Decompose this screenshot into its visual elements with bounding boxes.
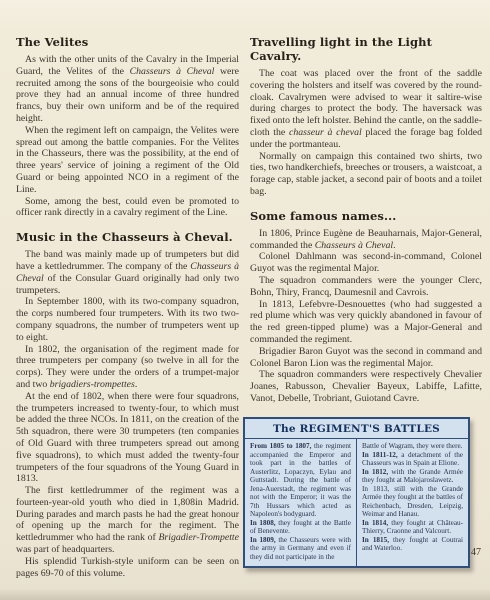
battles-box-title: The REGIMENT'S BATTLES	[245, 419, 468, 439]
paragraph: At the end of 1802, when there were four…	[16, 391, 239, 485]
paragraph: The first kettledrummer of the regiment …	[16, 485, 239, 556]
paragraph: In 1813, Lefebvre-Desnouettes (who had s…	[250, 299, 482, 346]
paragraph: Normally on campaign this contained two …	[250, 151, 482, 198]
paragraph: His splendid Turkish-style uniform can b…	[16, 556, 239, 580]
paragraph: Brigadier Baron Guyot was the second in …	[250, 346, 482, 370]
paragraph: Colonel Dahlmann was second-in-command, …	[250, 251, 482, 275]
paragraph: Some, among the best, could even be prom…	[16, 196, 239, 220]
section-heading-famous-names: Some famous names...	[250, 209, 482, 223]
paragraph: The squadron commanders were respectivel…	[250, 369, 482, 404]
battles-entry: In 1815, they fought at Coutrai and Wate…	[362, 536, 463, 553]
page-number: 47	[471, 547, 481, 558]
left-column: The Velites As with the other units of t…	[16, 30, 239, 579]
section-heading-velites: The Velites	[16, 35, 239, 49]
regiments-battles-box: The REGIMENT'S BATTLES From 1805 to 1807…	[243, 417, 470, 568]
battles-entry: Battle of Wagram, they were there.	[362, 442, 463, 451]
battles-entry: In 1809, the Chasseurs were with the arm…	[250, 536, 351, 562]
book-page: The Velites As with the other units of t…	[0, 0, 490, 600]
paragraph: The coat was placed over the front of th…	[250, 68, 482, 151]
paragraph: In September 1800, with its two-company …	[16, 296, 239, 343]
battles-box-columns: From 1805 to 1807, the regiment accompan…	[245, 439, 468, 566]
section-heading-travelling-light: Travelling light in the Light Cavalry.	[250, 35, 482, 63]
paragraph: In 1806, Prince Eugène de Beauharnais, M…	[250, 228, 482, 252]
battles-entry: In 1812, with the Grande Armée they foug…	[362, 468, 463, 485]
paragraph: The band was mainly made up of trumpeter…	[16, 249, 239, 296]
right-column: Travelling light in the Light Cavalry. T…	[250, 30, 482, 405]
paragraph: In 1802, the organisation of the regimen…	[16, 344, 239, 391]
battles-entry: In 1811-12, a detachment of the Chasseur…	[362, 451, 463, 468]
battles-entry: In 1814, they fought at Château-Thierry,…	[362, 519, 463, 536]
paragraph: The squadron commanders were the younger…	[250, 275, 482, 299]
battles-entry: From 1805 to 1807, the regiment accompan…	[250, 442, 351, 519]
battles-box-right-column: Battle of Wagram, they were there. In 18…	[357, 439, 468, 566]
paragraph: When the regiment left on campaign, the …	[16, 125, 239, 196]
section-heading-music: Music in the Chasseurs à Cheval.	[16, 230, 239, 244]
paragraph: As with the other units of the Cavalry i…	[16, 54, 239, 125]
battles-entry: In 1808, they fought at the Battle of Be…	[250, 519, 351, 536]
battles-box-left-column: From 1805 to 1807, the regiment accompan…	[245, 439, 357, 566]
battles-entry: In 1813, still with the Grande Armée the…	[362, 485, 463, 519]
